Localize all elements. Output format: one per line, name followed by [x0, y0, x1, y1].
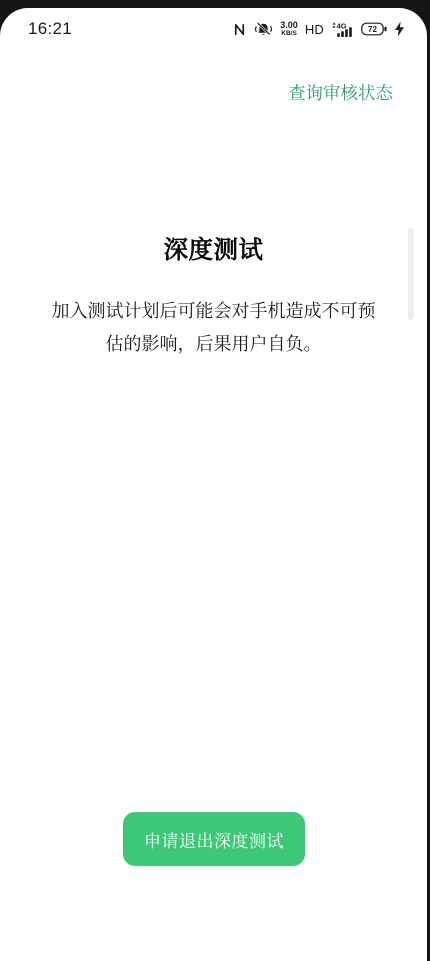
signal-bars-icon: 4G [331, 21, 354, 37]
network-speed-value: 3.00 [280, 21, 298, 30]
vibrate-mute-icon [254, 22, 273, 37]
hd-icon: HD [305, 22, 324, 37]
status-icons: 3.00 KB/S HD 4G [232, 21, 405, 38]
screen: 16:21 [0, 8, 427, 961]
network-speed-unit: KB/S [281, 31, 297, 38]
description-line-1: 加入测试计划后可能会对手机造成不可预 [0, 295, 427, 328]
header: 查询审核状态 [0, 80, 427, 105]
description-line-2: 估的影响，后果用户自负。 [0, 328, 427, 361]
description: 加入测试计划后可能会对手机造成不可预 估的影响，后果用户自负。 [0, 295, 427, 361]
nfc-icon [232, 22, 247, 37]
clock: 16:21 [28, 19, 72, 39]
battery-icon: 72 [361, 22, 387, 36]
svg-text:72: 72 [368, 25, 377, 34]
phone-screenshot: 16:21 [0, 0, 430, 961]
svg-text:4G: 4G [337, 21, 347, 30]
scrollbar-thumb[interactable] [408, 228, 414, 320]
charging-bolt-icon [394, 21, 405, 37]
page-title: 深度测试 [0, 231, 427, 266]
status-bar: 16:21 [0, 8, 427, 42]
review-status-link[interactable]: 查询审核状态 [288, 80, 393, 105]
network-speed-indicator: 3.00 KB/S [280, 21, 298, 38]
exit-deep-testing-button[interactable]: 申请退出深度测试 [123, 812, 305, 866]
